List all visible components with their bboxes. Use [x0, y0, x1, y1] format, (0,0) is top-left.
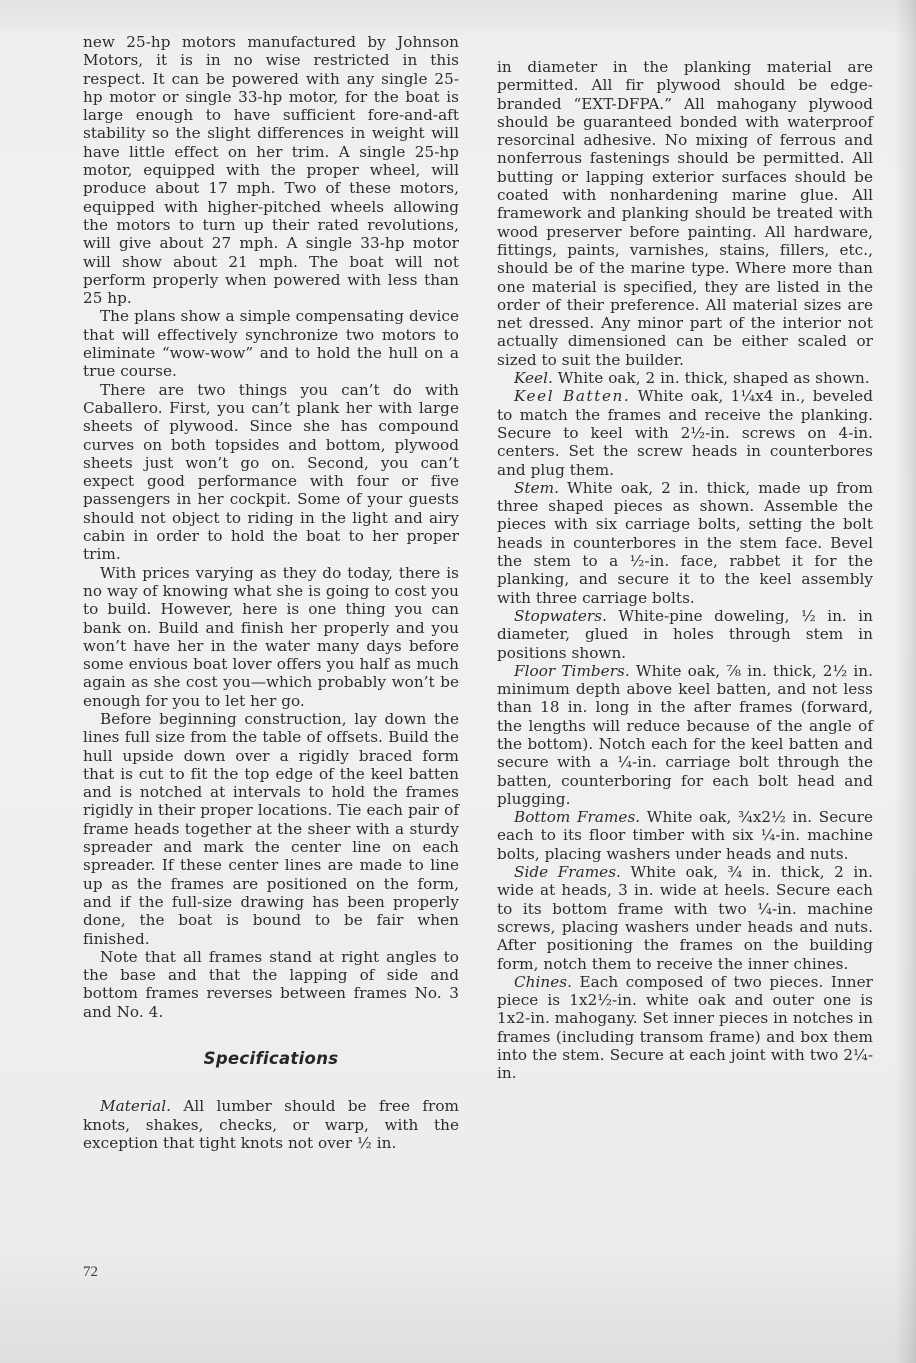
book-page: new 25-hp motors manufactured by Johnson…	[0, 0, 916, 1363]
spec-material: Material. All lumber should be free from…	[83, 1097, 459, 1152]
spec-floor-timbers: Floor Timbers. White oak, ⅞ in. thick, 2…	[497, 662, 873, 808]
spec-term: Side Frames.	[514, 863, 621, 881]
section-heading-specifications: Specifications	[83, 1050, 459, 1068]
spec-term: Floor Timbers.	[514, 662, 630, 680]
spec-stopwaters: Stopwaters. White-pine doweling, ½ in. i…	[497, 607, 873, 662]
paragraph-material-continued: in diameter in the planking material are…	[497, 58, 873, 369]
left-column: new 25-hp motors manufactured by Johnson…	[83, 33, 459, 1152]
spec-stem: Stem. White oak, 2 in. thick, made up fr…	[497, 479, 873, 607]
spec-text: White oak, ⅞ in. thick, 2½ in. minimum d…	[497, 662, 873, 808]
page-number: 72	[83, 1264, 98, 1281]
spec-text: White oak, 2 in. thick, shaped as shown.	[553, 369, 870, 387]
spec-keel-batten: Keel Batten. White oak, 1¼x4 in., bevele…	[497, 387, 873, 478]
spec-term: Chines.	[514, 973, 572, 991]
spec-term: Bottom Frames.	[514, 808, 640, 826]
paragraph-frames-note: Note that all frames stand at right angl…	[83, 948, 459, 1021]
spec-keel: Keel. White oak, 2 in. thick, shaped as …	[497, 369, 873, 387]
spec-term: Material.	[100, 1097, 171, 1115]
spec-chines: Chines. Each composed of two pieces. Inn…	[497, 973, 873, 1083]
right-column: in diameter in the planking material are…	[497, 58, 873, 1083]
spec-term: Keel.	[514, 369, 553, 387]
paragraph-construction: Before beginning construction, lay down …	[83, 710, 459, 948]
spec-term: Stopwaters.	[514, 607, 607, 625]
spec-side-frames: Side Frames. White oak, ¾ in. thick, 2 i…	[497, 863, 873, 973]
spec-text: White oak, 2 in. thick, made up from thr…	[497, 479, 873, 607]
spec-bottom-frames: Bottom Frames. White oak, ¾x2½ in. Secur…	[497, 808, 873, 863]
paragraph-motors: new 25-hp motors manufactured by Johnson…	[83, 33, 459, 307]
paragraph-two-things: There are two things you can’t do with C…	[83, 381, 459, 564]
spec-term: Stem.	[514, 479, 559, 497]
spec-term: Keel Batten.	[514, 387, 630, 405]
paragraph-compensating-device: The plans show a simple compensating dev…	[83, 307, 459, 380]
paragraph-prices: With prices varying as they do today, th…	[83, 564, 459, 710]
